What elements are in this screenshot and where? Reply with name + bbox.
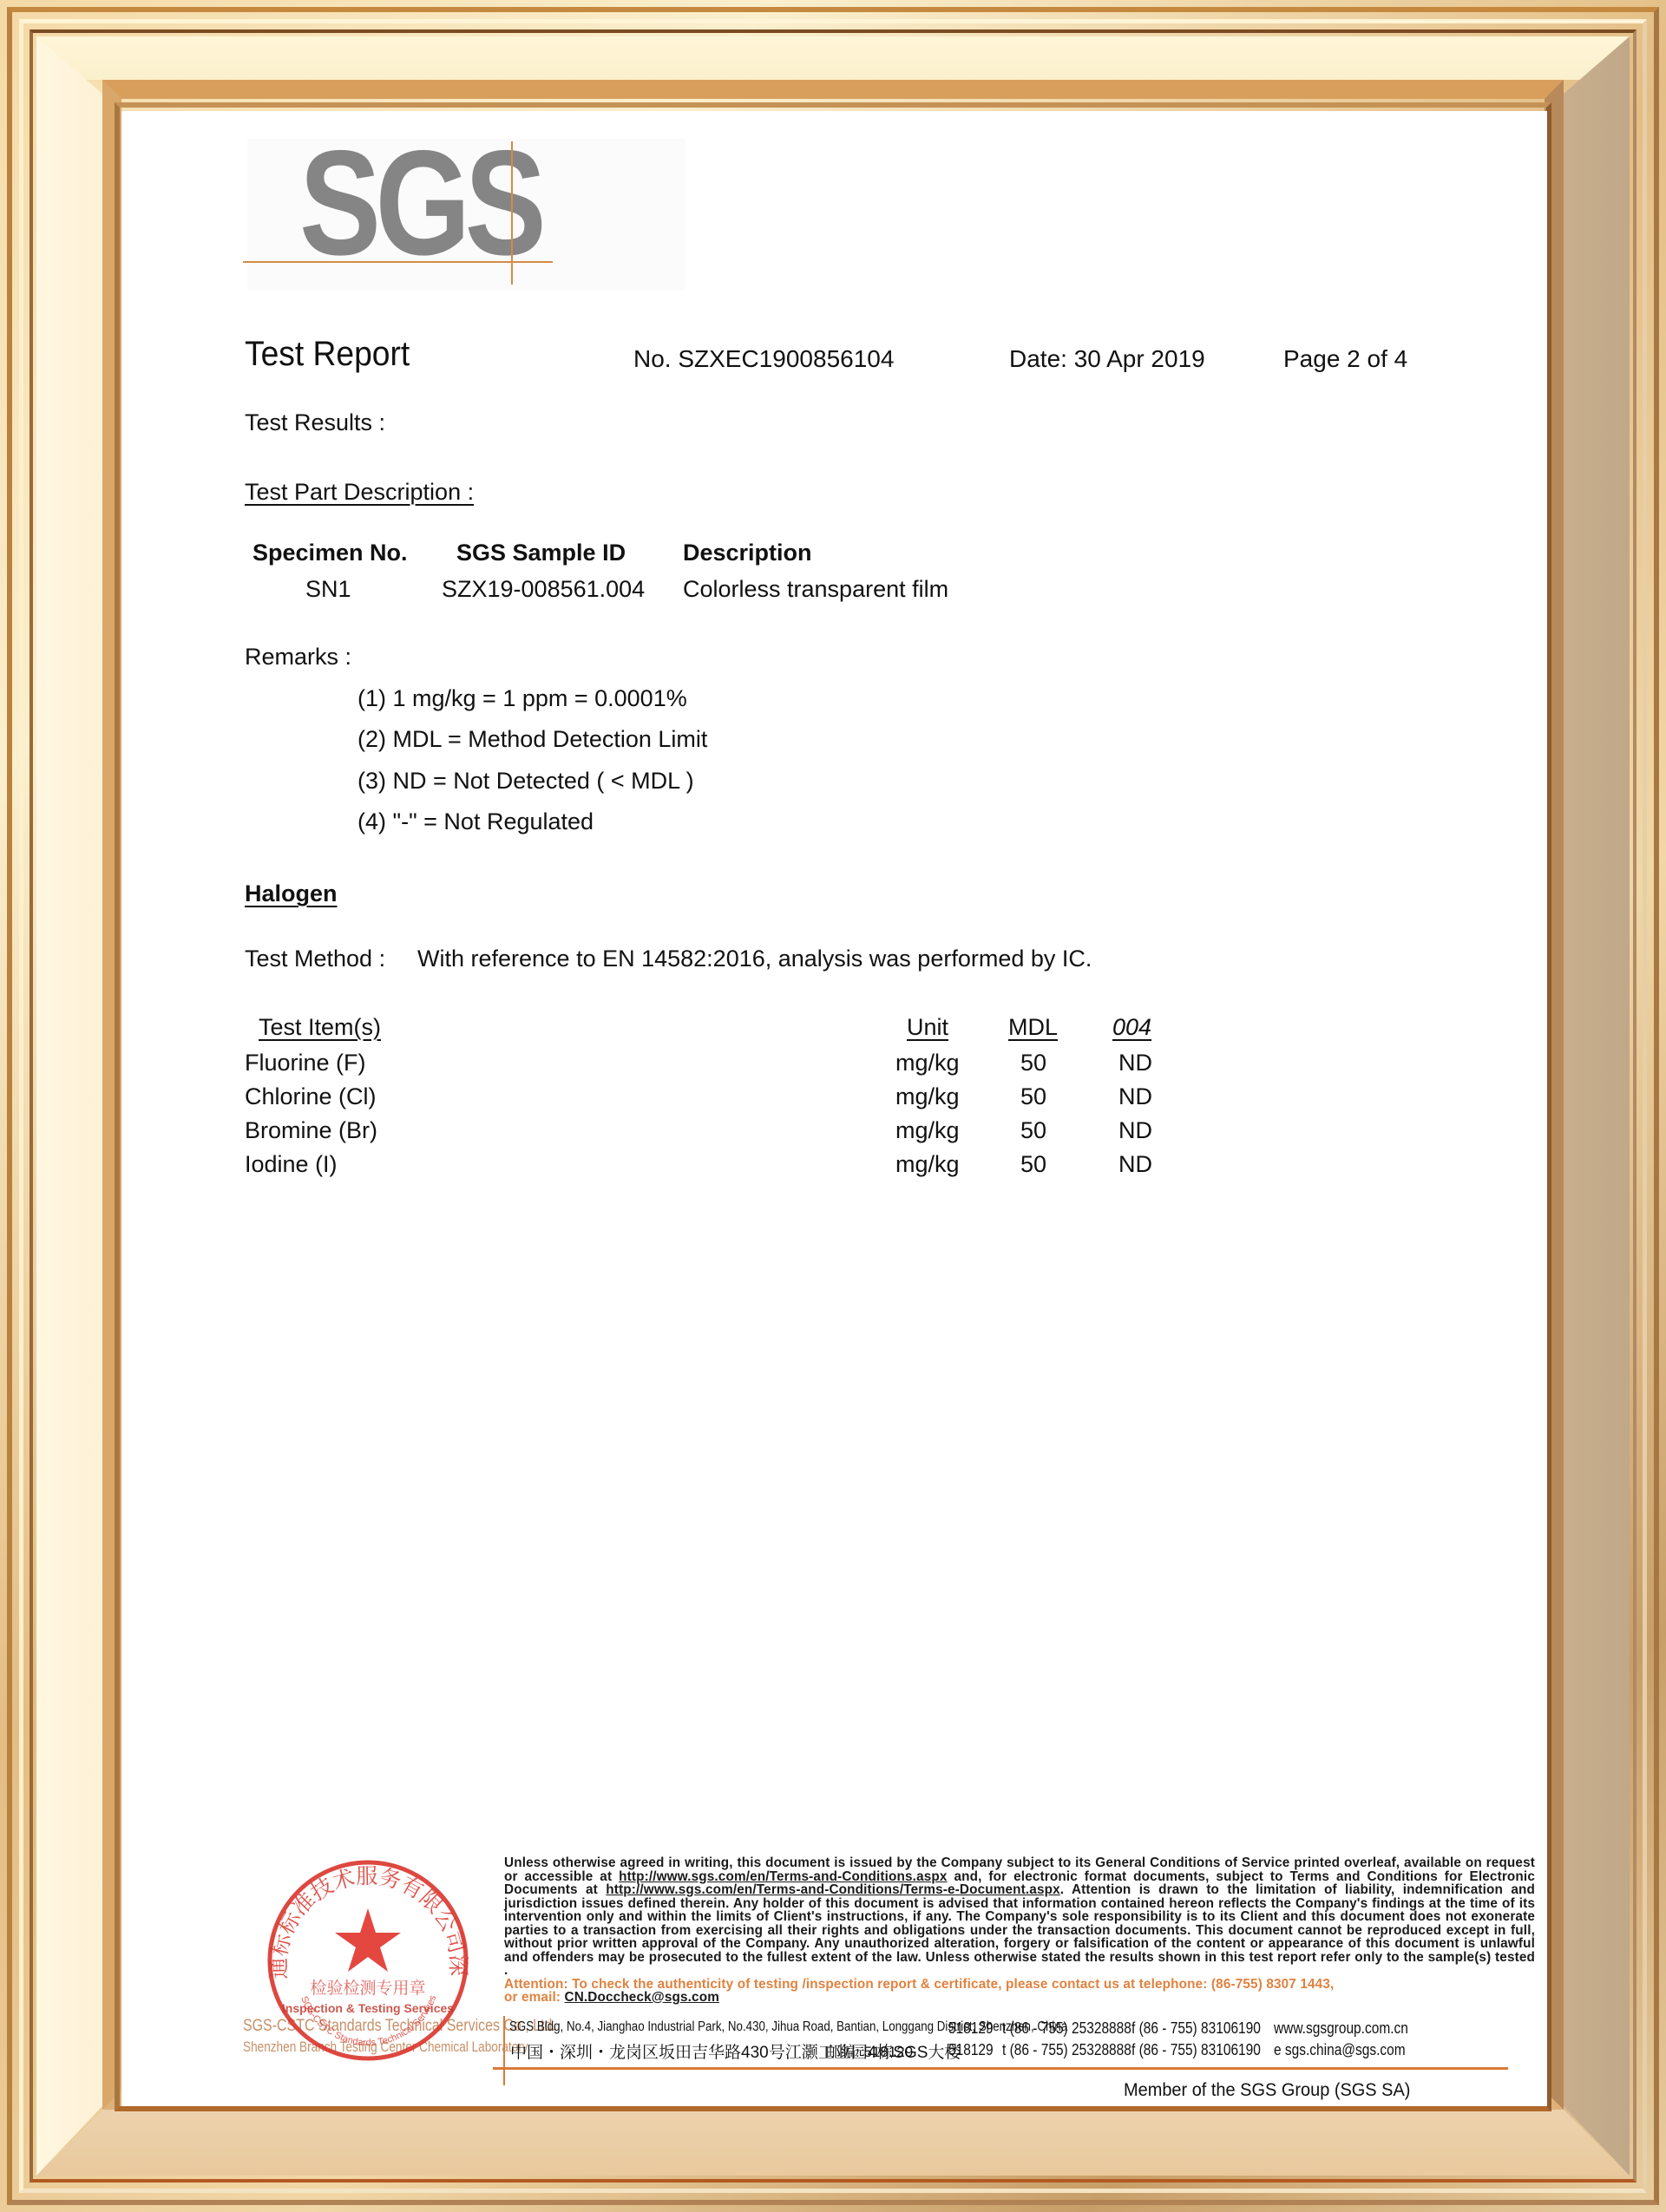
footer-vertical-line: [503, 2016, 505, 2085]
website-link[interactable]: www.sgsgroup.com.cn: [1274, 2019, 1408, 2038]
col-sgs-sample-id: SGS Sample ID: [456, 540, 626, 566]
fax: f (86 - 755) 83106190: [1131, 2019, 1261, 2038]
mdl: 50: [1020, 1117, 1046, 1144]
legal-disclaimer: Unless otherwise agreed in writing, this…: [504, 1856, 1535, 2005]
test-item: Chlorine (Cl): [245, 1083, 377, 1110]
test-item: Iodine (I): [245, 1151, 338, 1178]
doccheck-email-link[interactable]: CN.Doccheck@sgs.com: [565, 1990, 719, 2005]
mdl: 50: [1020, 1050, 1046, 1077]
col-specimen-no: Specimen No.: [253, 540, 408, 566]
e-document-terms-link[interactable]: http://www.sgs.com/en/Terms-and-Conditio…: [606, 1882, 1060, 1897]
report-title: Test Report: [245, 335, 410, 374]
authenticity-notice: Attention: To check the authenticity of …: [504, 1977, 1334, 1992]
sample-id: SZX19-008561.004: [442, 576, 645, 603]
stamp-center-cn: 检验检测专用章: [310, 1979, 425, 1998]
unit: mg/kg: [895, 1151, 960, 1178]
test-method-label: Test Method :: [245, 946, 385, 972]
col-unit: Unit: [907, 1014, 948, 1041]
remark-item: (3) ND = Not Detected ( < MDL ): [357, 768, 694, 795]
result: ND: [1118, 1083, 1152, 1110]
official-seal-stamp: 通标标准技术服务有限公司深圳分公司 检验检测专用章 Inspection & T…: [262, 1855, 475, 2067]
test-part-description-heading: Test Part Description :: [245, 479, 474, 506]
result: ND: [1118, 1050, 1152, 1077]
postcode-cn: 邮编: 518129: [826, 2039, 913, 2061]
telephone-2: t (86 - 755) 25328888: [1002, 2041, 1131, 2059]
fax-2: f (86 - 755) 83106190: [1131, 2041, 1261, 2059]
legal-text: . Attention is drawn to the limitation o…: [504, 1882, 1535, 1978]
remark-item: (1) 1 mg/kg = 1 ppm = 0.0001%: [357, 685, 687, 712]
test-item: Bromine (Br): [245, 1117, 377, 1144]
test-method-text: With reference to EN 14582:2016, analysi…: [417, 946, 1092, 972]
email-link[interactable]: e sgs.china@sgs.com: [1274, 2041, 1406, 2059]
page-indicator: Page 2 of 4: [1283, 345, 1407, 373]
sgs-logo-text: SGS: [299, 128, 541, 278]
section-title-halogen: Halogen: [245, 880, 338, 907]
unit: mg/kg: [895, 1117, 960, 1144]
result: ND: [1118, 1117, 1152, 1144]
test-item: Fluorine (F): [245, 1050, 366, 1077]
unit: mg/kg: [895, 1050, 960, 1077]
footer-divider: [493, 2067, 1508, 2070]
specimen-no: SN1: [305, 576, 351, 603]
telephone: t (86 - 755) 25328888: [1002, 2019, 1131, 2038]
report-page: SGS Test Report No. SZXEC1900856104 Date…: [121, 111, 1547, 2106]
test-results-label: Test Results :: [245, 409, 385, 436]
col-mdl: MDL: [1008, 1014, 1058, 1041]
postcode-en: 518129: [948, 2019, 994, 2038]
logo-underline: [243, 261, 553, 263]
member-line: Member of the SGS Group (SGS SA): [1124, 2080, 1410, 2101]
email-prefix: or email:: [504, 1990, 565, 2005]
unit: mg/kg: [895, 1083, 960, 1110]
col-test-items: Test Item(s): [259, 1014, 381, 1041]
report-date: Date: 30 Apr 2019: [1009, 345, 1205, 373]
sample-description: Colorless transparent film: [683, 576, 948, 603]
remarks-label: Remarks :: [245, 644, 351, 671]
col-description: Description: [683, 540, 812, 566]
logo-vertical-line: [511, 141, 513, 285]
result: ND: [1118, 1151, 1152, 1178]
remark-item: (2) MDL = Method Detection Limit: [357, 726, 707, 753]
col-sample-004: 004: [1112, 1014, 1151, 1041]
mdl: 50: [1020, 1151, 1046, 1178]
terms-link[interactable]: http://www.sgs.com/en/Terms-and-Conditio…: [619, 1869, 947, 1884]
report-number: No. SZXEC1900856104: [633, 345, 894, 373]
remark-item: (4) "-" = Not Regulated: [357, 808, 594, 835]
mdl: 50: [1020, 1083, 1046, 1110]
postcode-en-2: 518129: [948, 2041, 994, 2059]
star-icon: [335, 1908, 401, 1972]
